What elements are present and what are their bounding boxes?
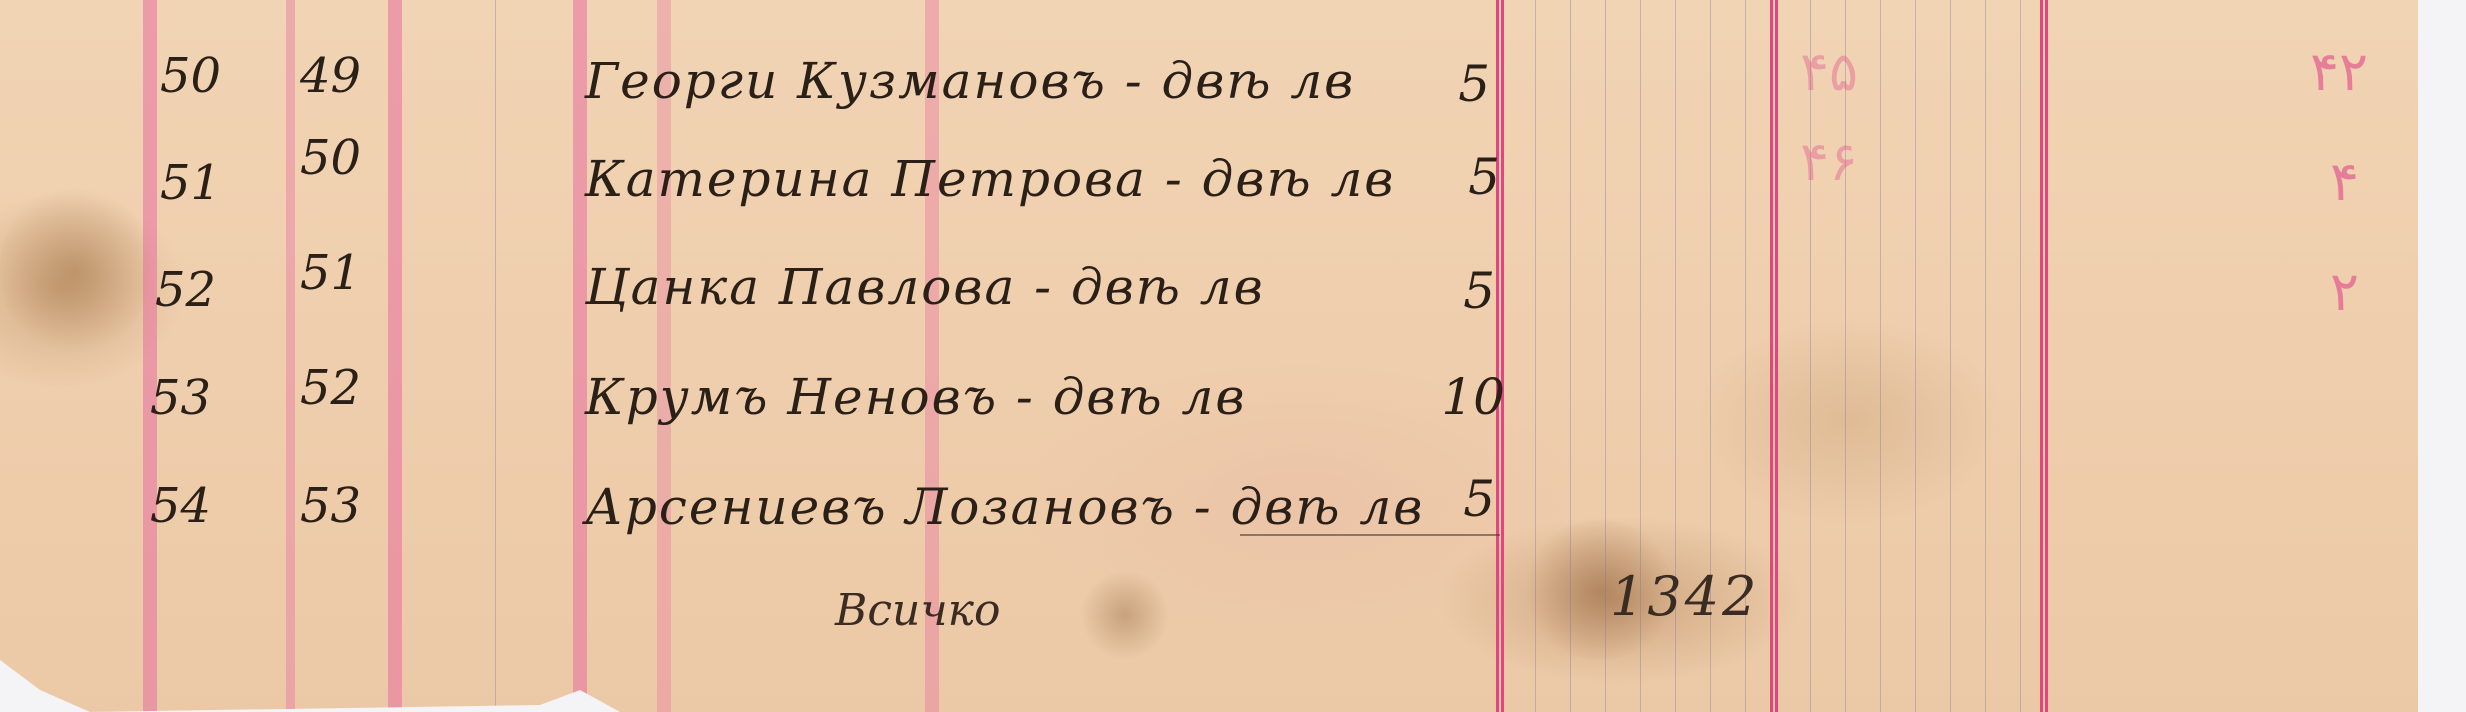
column-rule bbox=[286, 0, 295, 712]
column-rule bbox=[495, 0, 496, 712]
entry-name: Крумъ Неновъ - двѣ лв bbox=[585, 368, 1246, 426]
ledger-page: ۴۵ ۴۶ ۴۲ ۴ ۲ 50 49 Георги Кузмановъ - дв… bbox=[0, 0, 2418, 712]
column-rule bbox=[143, 0, 157, 712]
amount-column-rule bbox=[2040, 0, 2043, 712]
margin-mark: ۴۲ bbox=[2310, 40, 2368, 103]
row-number: 54 bbox=[150, 478, 211, 534]
cent-rule bbox=[1605, 0, 1606, 712]
reference-number: 53 bbox=[300, 478, 361, 534]
cent-rule bbox=[1915, 0, 1916, 712]
cent-rule bbox=[1570, 0, 1571, 712]
cent-rule bbox=[1810, 0, 1811, 712]
entry-amount: 5 bbox=[1380, 148, 1500, 206]
entry-amount: 5 bbox=[1375, 262, 1495, 320]
entry-amount: 10 bbox=[1385, 368, 1505, 426]
cent-rule bbox=[1535, 0, 1536, 712]
entry-name: Георги Кузмановъ - двѣ лв bbox=[585, 52, 1355, 110]
reference-number: 51 bbox=[300, 245, 361, 301]
cent-rule bbox=[2020, 0, 2021, 712]
row-number: 50 bbox=[160, 48, 221, 104]
entry-amount: 5 bbox=[1375, 470, 1495, 528]
row-number: 52 bbox=[155, 262, 216, 318]
margin-mark: ۴ bbox=[2330, 150, 2359, 213]
reference-number: 52 bbox=[300, 360, 361, 416]
brown-stain bbox=[1080, 570, 1170, 660]
entry-amount: 5 bbox=[1370, 55, 1490, 113]
amount-column-rule bbox=[1770, 0, 1773, 712]
row-number: 53 bbox=[150, 370, 211, 426]
amount-column-rule bbox=[1496, 0, 1499, 712]
column-rule bbox=[388, 0, 402, 712]
cent-rule bbox=[1985, 0, 1986, 712]
cent-rule bbox=[1845, 0, 1846, 712]
entry-name: Катерина Петрова - двѣ лв bbox=[585, 150, 1395, 208]
entry-name: Цанка Павлова - двѣ лв bbox=[585, 258, 1265, 316]
margin-mark: ۴۵ bbox=[1800, 40, 1858, 103]
cent-rule bbox=[1950, 0, 1951, 712]
total-label: Всичко bbox=[835, 585, 1000, 636]
cent-rule bbox=[1880, 0, 1881, 712]
reference-number: 49 bbox=[300, 48, 361, 104]
row-number: 51 bbox=[160, 155, 221, 211]
margin-mark: ۲ bbox=[2330, 260, 2359, 323]
brown-stain bbox=[0, 180, 150, 360]
total-underline bbox=[1240, 534, 1500, 536]
total-value: 1342 bbox=[1610, 565, 1759, 628]
reference-number: 50 bbox=[300, 130, 361, 186]
margin-mark: ۴۶ bbox=[1800, 130, 1858, 193]
entry-name: Арсениевъ Лозановъ - двѣ лв bbox=[585, 478, 1424, 536]
